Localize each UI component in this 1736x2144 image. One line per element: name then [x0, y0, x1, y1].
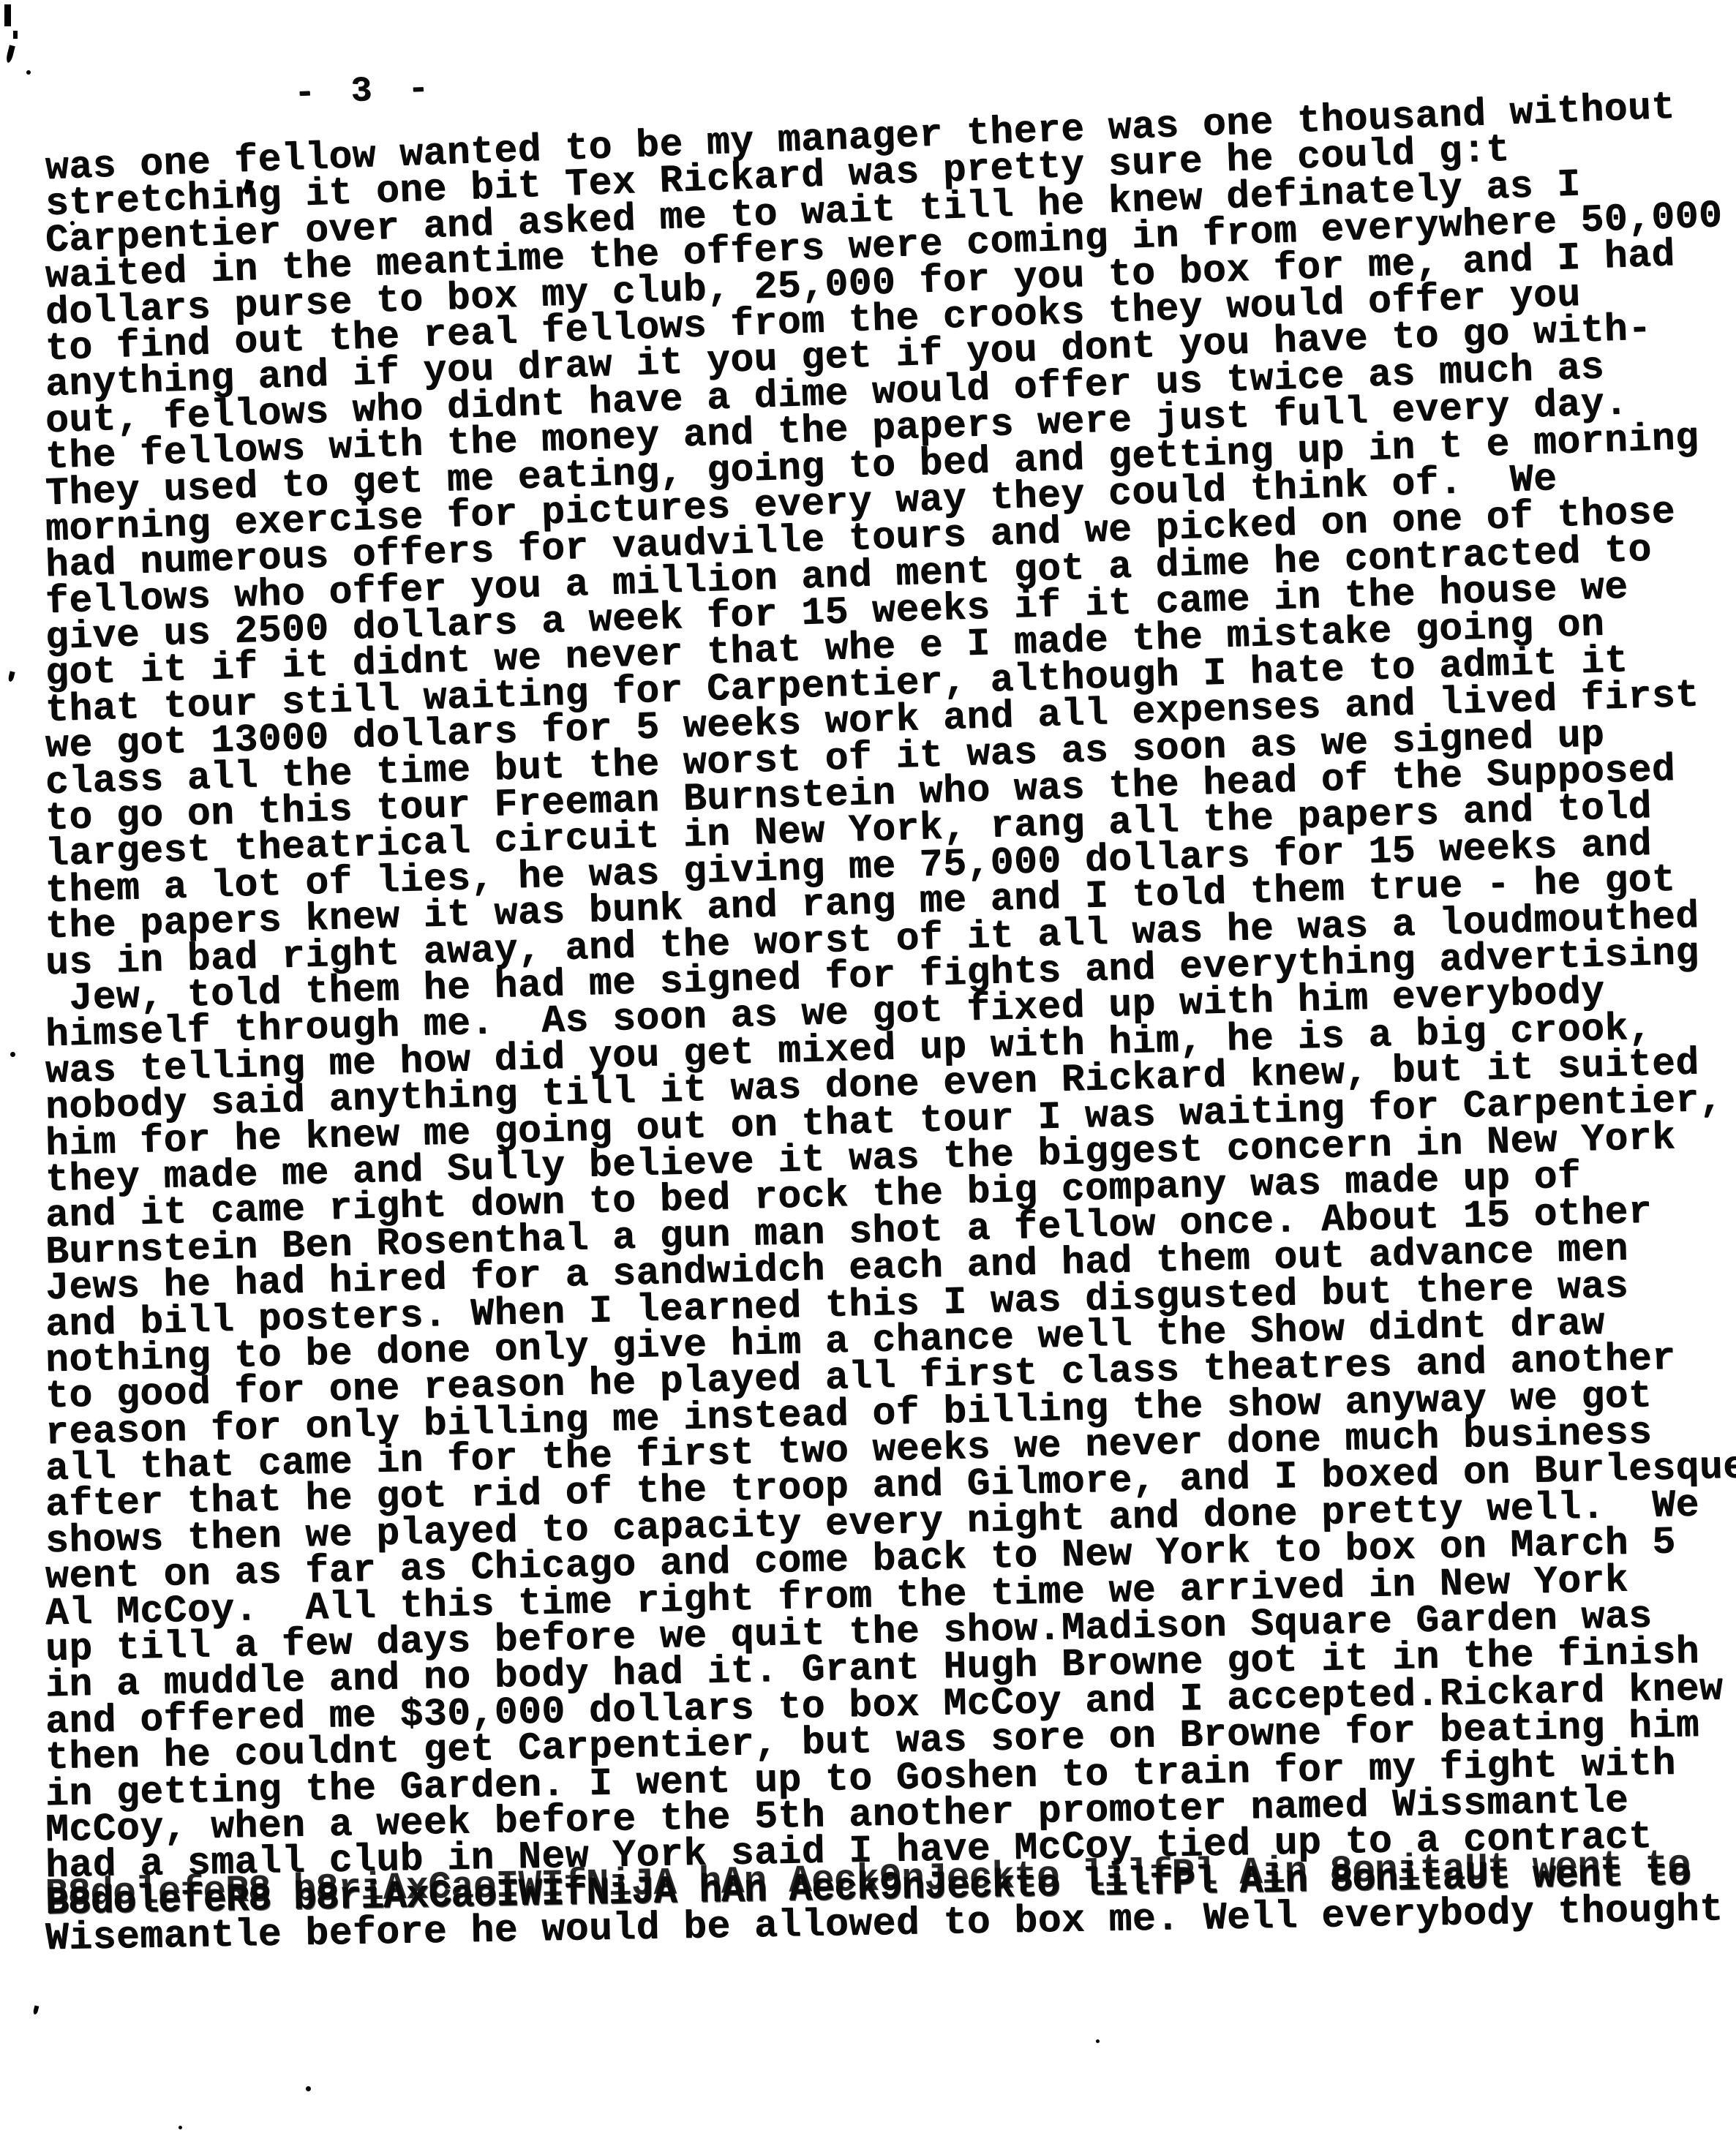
- ink-speck: [366, 410, 369, 416]
- ink-speck: [33, 2005, 40, 2015]
- scanned-letter-page: - 3 - was one fellow wanted to be my man…: [0, 0, 1736, 2144]
- ink-speck: [10, 1052, 15, 1057]
- ink-speck: [4, 4, 11, 26]
- ink-speck: [13, 31, 18, 39]
- letter-body: was one fellow wanted to be my manager t…: [45, 151, 1728, 1957]
- ink-speck: [5, 45, 15, 63]
- ink-speck: [70, 221, 75, 225]
- ink-speck: [7, 671, 15, 682]
- ink-speck: [179, 2126, 182, 2129]
- ink-speck: [1096, 2039, 1100, 2043]
- ink-speck: [26, 70, 31, 75]
- ink-speck: [306, 2086, 311, 2091]
- page-number: - 3 -: [293, 69, 437, 114]
